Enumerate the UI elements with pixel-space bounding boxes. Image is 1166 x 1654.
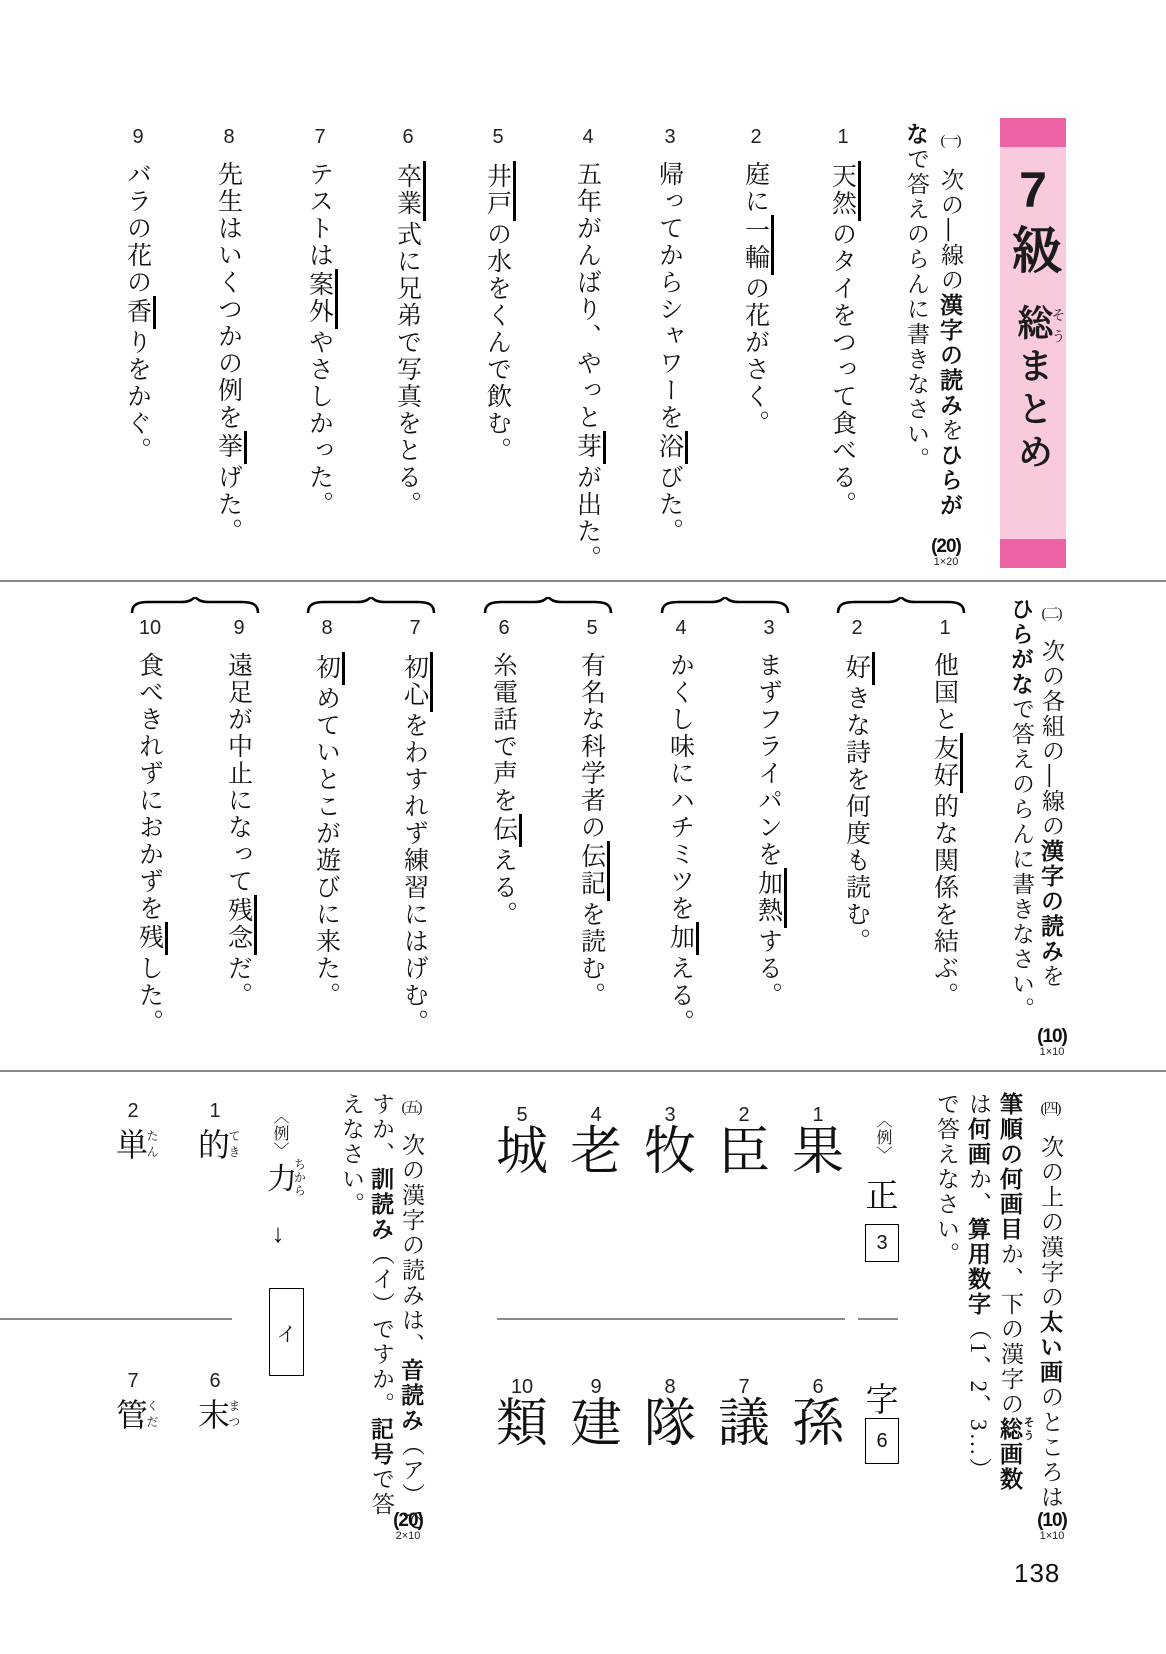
sentence-text: 好きな詩を何度も読む。: [842, 652, 870, 1072]
reading-target: 友好: [931, 733, 963, 793]
reading-target: 香: [124, 296, 156, 329]
sentence-post: を読む。: [578, 901, 605, 1009]
sentence-text: 初心をわすれず練習にはげむ。: [400, 652, 428, 1072]
pair-brace: [835, 597, 967, 613]
sentence-post: の花がさく。: [742, 275, 769, 437]
sentence-number: 6: [474, 617, 534, 640]
reading-item-kanji: 単たん: [107, 1128, 158, 1198]
sentence-text: 初めていとこが遊びに来た。: [312, 652, 340, 1072]
sentence-number: 9: [108, 126, 168, 149]
sentence-pre: 庭に: [742, 161, 769, 215]
sentence-text: 食べきれずにおかずを残した。: [135, 652, 163, 1072]
instruction-segment: で答えなさい。: [934, 1092, 959, 1267]
instruction-segment: 音読み: [398, 1358, 424, 1433]
sentence-number: 8: [199, 126, 259, 149]
pair-brace: [659, 597, 791, 613]
furigana-ruby: 的てき: [194, 1128, 230, 1160]
furigana-ruby: 力ちから: [262, 1158, 295, 1197]
sentence-post: える。: [667, 955, 694, 1036]
instruction-segment: 筆順の何画目: [997, 1092, 1023, 1242]
sentence-text: 天然のタイをつって食べる。: [828, 161, 856, 581]
sentence-post: 的な関係を結ぶ。: [931, 793, 958, 1009]
sentence-number: 3: [739, 617, 799, 640]
sentence-pre: 食べきれずにおかずを: [136, 652, 163, 922]
reading-target: 伝記: [578, 841, 610, 901]
sentence-post: をわすれず練習にはげむ。: [401, 712, 428, 1036]
stroke-item-kanji: 老: [558, 1126, 634, 1181]
stroke-item-kanji: 類: [484, 1398, 560, 1453]
sentence-text: 糸電話で声を伝える。: [489, 652, 517, 1072]
instruction-segment: 次の: [938, 168, 963, 218]
workbook-page: 7級総そうまとめ (20) 1×20 (10) 1×10 (10) 1×10 (…: [0, 0, 1166, 1654]
reading-item-kanji: 的てき: [189, 1128, 240, 1198]
stroke-item-kanji: 牧: [632, 1126, 708, 1181]
sentence-number: 9: [209, 617, 269, 640]
reading-item-kanji: 末まつ: [189, 1398, 240, 1468]
sentence-number: 5: [468, 126, 528, 149]
instruction-segment: ひらがな: [1008, 597, 1034, 697]
example-kanji: 字: [864, 1374, 900, 1421]
pair-brace: [305, 597, 437, 613]
section-s4-instruction: (四)次の上の漢字の太い画のところは筆順の何画目か、下の漢字の総そう画数は何画か…: [931, 1092, 1066, 1547]
sentence-post: する。: [755, 928, 782, 1009]
instruction-segment: は: [966, 1092, 991, 1117]
sentence-post: の水をくんで飲む。: [484, 221, 511, 464]
sentence-post: のタイをつって食べる。: [829, 221, 856, 518]
reading-item-number: 7: [103, 1370, 163, 1393]
sentence-text: 遠足が中止になって残念だ。: [224, 652, 252, 1072]
section-s2-instruction: (二)次の各組の―線の漢字の読みをひらがなで答えのらんに書きなさい。: [1006, 597, 1066, 1052]
sentence-text: 卒業式に兄弟で写真をとる。: [393, 161, 421, 581]
section-s1-instruction: (一)次の―線の漢字の読みをひらがなで答えのらんに書きなさい。: [899, 122, 967, 567]
sentence-number: 7: [385, 617, 445, 640]
sentence-pre: 帰ってからシャワーを: [656, 161, 683, 431]
sentence-post: きな詩を何度も読む。: [843, 685, 870, 955]
sentence-number: 8: [297, 617, 357, 640]
example-kanji: 正: [864, 1170, 900, 1217]
sentence-text: 庭に一輪の花がさく。: [741, 161, 769, 581]
stroke-item-kanji: 議: [706, 1398, 782, 1453]
section-marker: (四): [1041, 1092, 1060, 1135]
reading-target: 卒業: [394, 161, 426, 221]
sentence-text: まずフライパンを加熱する。: [754, 652, 782, 1072]
example-label: 〈例〉: [268, 1108, 291, 1164]
pair-brace: [482, 597, 614, 613]
reading-target: 天然: [829, 161, 861, 221]
sentence-text: 他国と友好的な関係を結ぶ。: [930, 652, 958, 1072]
instruction-segment: 算用数字: [965, 1217, 991, 1317]
down-arrow-icon: ↓: [262, 1218, 294, 1249]
instruction-segment: 何画: [965, 1117, 991, 1167]
reading-target: 残: [136, 922, 168, 955]
reading-target: 案外: [306, 269, 338, 329]
instruction-segment: すか、: [369, 1092, 394, 1167]
sentence-pre: かくし味にハチミツを: [667, 652, 694, 922]
sentence-number: 5: [562, 617, 622, 640]
instruction-segment: で答: [369, 1467, 394, 1517]
instruction-segment: ひらが: [937, 443, 963, 518]
instruction-segment: のところは: [1038, 1385, 1063, 1510]
reading-item-number: 1: [185, 1100, 245, 1123]
stroke-item-kanji: 隊: [632, 1398, 708, 1453]
instruction-segment: 漢字の読み: [1038, 839, 1064, 964]
reading-target: 初心: [401, 652, 433, 712]
instruction-segment: （イ）ですか。: [369, 1242, 394, 1417]
sentence-text: 帰ってからシャワーを浴びた。: [655, 161, 683, 581]
instruction-segment: を: [938, 418, 963, 443]
exercise-content: (一)次の―線の漢字の読みをひらがなで答えのらんに書きなさい。(二)次の各組の―…: [0, 0, 1166, 1654]
instruction-segment: か、: [966, 1167, 991, 1217]
reading-target: 浴: [656, 431, 688, 464]
reading-item-number: 2: [103, 1100, 163, 1123]
sentence-post: やさしかった。: [306, 329, 333, 518]
sentence-number: 2: [726, 126, 786, 149]
reading-target: 一輪: [742, 215, 774, 275]
sentence-number: 7: [290, 126, 350, 149]
sentence-pre: 遠足が中止になって: [225, 652, 252, 895]
instruction-segment: えなさい。: [339, 1092, 364, 1217]
sentence-text: テストは案外やさしかった。: [305, 161, 333, 581]
sentence-number: 4: [651, 617, 711, 640]
sentence-pre: 他国と: [931, 652, 958, 733]
furigana-ruby: 末まつ: [194, 1398, 230, 1430]
reading-item-kanji: 管くだ: [107, 1398, 158, 1468]
reading-target: 芽: [574, 431, 606, 464]
furigana-ruby: 単たん: [112, 1128, 148, 1160]
sentence-number: 3: [640, 126, 700, 149]
instruction-segment: 次の各組の: [1039, 639, 1064, 764]
instruction-segment: 記号: [368, 1417, 394, 1467]
sentence-post: える。: [490, 847, 517, 928]
reading-item-number: 6: [185, 1370, 245, 1393]
sentence-text: 先生はいくつかの例を挙げた。: [214, 161, 242, 581]
sentence-post: だ。: [225, 955, 252, 1009]
reading-target: 加熱: [755, 868, 787, 928]
instruction-segment: を: [1039, 964, 1064, 989]
sentence-post: 式に兄弟で写真をとる。: [394, 221, 421, 518]
sentence-number: 6: [378, 126, 438, 149]
stroke-item-kanji: 果: [780, 1126, 856, 1181]
sentence-number: 1: [813, 126, 873, 149]
instruction-segment: で答えのらんに書きなさい。: [904, 147, 929, 472]
stroke-item-kanji: 孫: [780, 1398, 856, 1453]
sentence-number: 4: [558, 126, 618, 149]
sentence-pre: 有名な科学者の: [578, 652, 605, 841]
reading-target: 好: [843, 652, 875, 685]
sentence-post: めていとこが遊びに来た。: [313, 685, 340, 1009]
sentence-post: が出た。: [574, 464, 601, 572]
instruction-segment: （ア）で: [399, 1433, 424, 1533]
reading-target: 伝: [490, 814, 522, 847]
stroke-item-kanji: 臣: [706, 1126, 782, 1181]
reading-target: 挙: [215, 431, 247, 464]
sentence-text: 井戸の水をくんで飲む。: [483, 161, 511, 581]
example-answer-box: イ: [269, 1288, 304, 1376]
underline-dash-glyph: ―: [938, 218, 963, 243]
instruction-segment: 訓読み: [368, 1167, 394, 1242]
sentence-post: げた。: [215, 464, 242, 545]
sentence-pre: 五年がんばり、やっと: [574, 161, 601, 431]
reading-target: 加: [667, 922, 699, 955]
sentence-number: 2: [827, 617, 887, 640]
stroke-item-kanji: 城: [484, 1126, 560, 1181]
sentence-pre: 先生はいくつかの例を: [215, 161, 242, 431]
section-marker: (五): [402, 1092, 421, 1133]
section-s5-instruction: (五)次の漢字の読みは、音読み（ア）ですか、訓読み（イ）ですか。記号で答えなさい…: [337, 1092, 426, 1554]
sentence-pre: テストは: [306, 161, 333, 269]
instruction-segment: 太い画: [1037, 1310, 1063, 1385]
sentence-post: りをかぐ。: [124, 329, 151, 464]
reading-target: 残念: [225, 895, 257, 955]
sentence-pre: まずフライパンを: [755, 652, 782, 868]
furigana-ruby: 管くだ: [112, 1398, 148, 1430]
sentence-text: 五年がんばり、やっと芽が出た。: [573, 161, 601, 581]
instruction-segment: か、下の漢字の: [998, 1242, 1023, 1417]
instruction-segment: （1、2、3…）: [966, 1317, 991, 1483]
pair-brace: [129, 597, 261, 613]
instruction-segment: な: [903, 122, 929, 147]
sentence-pre: 糸電話で声を: [490, 652, 517, 814]
sentence-number: 1: [915, 617, 975, 640]
section-marker: (二): [1042, 597, 1061, 639]
furigana-ruby: 総そう: [997, 1417, 1023, 1442]
example-kanji: 力ちから: [256, 1158, 306, 1218]
example-answer-box: 6: [865, 1418, 899, 1464]
instruction-segment: 画数: [997, 1442, 1023, 1492]
sentence-post: した。: [136, 955, 163, 1036]
instruction-segment: で答えのらんに書きなさい。: [1009, 697, 1034, 1022]
underline-dash-glyph: ―: [1039, 764, 1064, 789]
instruction-segment: 次の上の漢字の: [1038, 1135, 1063, 1310]
sentence-text: かくし味にハチミツを加える。: [666, 652, 694, 1072]
sentence-text: 有名な科学者の伝記を読む。: [577, 652, 605, 1072]
instruction-segment: 次の漢字の読みは、: [399, 1133, 424, 1358]
instruction-segment: 線の: [1039, 789, 1064, 839]
stroke-item-kanji: 建: [558, 1398, 634, 1453]
sentence-text: バラの花の香りをかぐ。: [123, 161, 151, 581]
reading-target: 初: [313, 652, 345, 685]
example-label: 〈例〉: [871, 1112, 894, 1168]
sentence-number: 10: [120, 617, 180, 640]
instruction-segment: 漢字の読み: [937, 293, 963, 418]
sentence-pre: バラの花の: [124, 161, 151, 296]
example-answer-box: 3: [865, 1224, 899, 1262]
instruction-segment: 線の: [938, 243, 963, 293]
section-marker: (一): [941, 122, 960, 168]
reading-target: 井戸: [484, 161, 516, 221]
sentence-post: びた。: [656, 464, 683, 545]
